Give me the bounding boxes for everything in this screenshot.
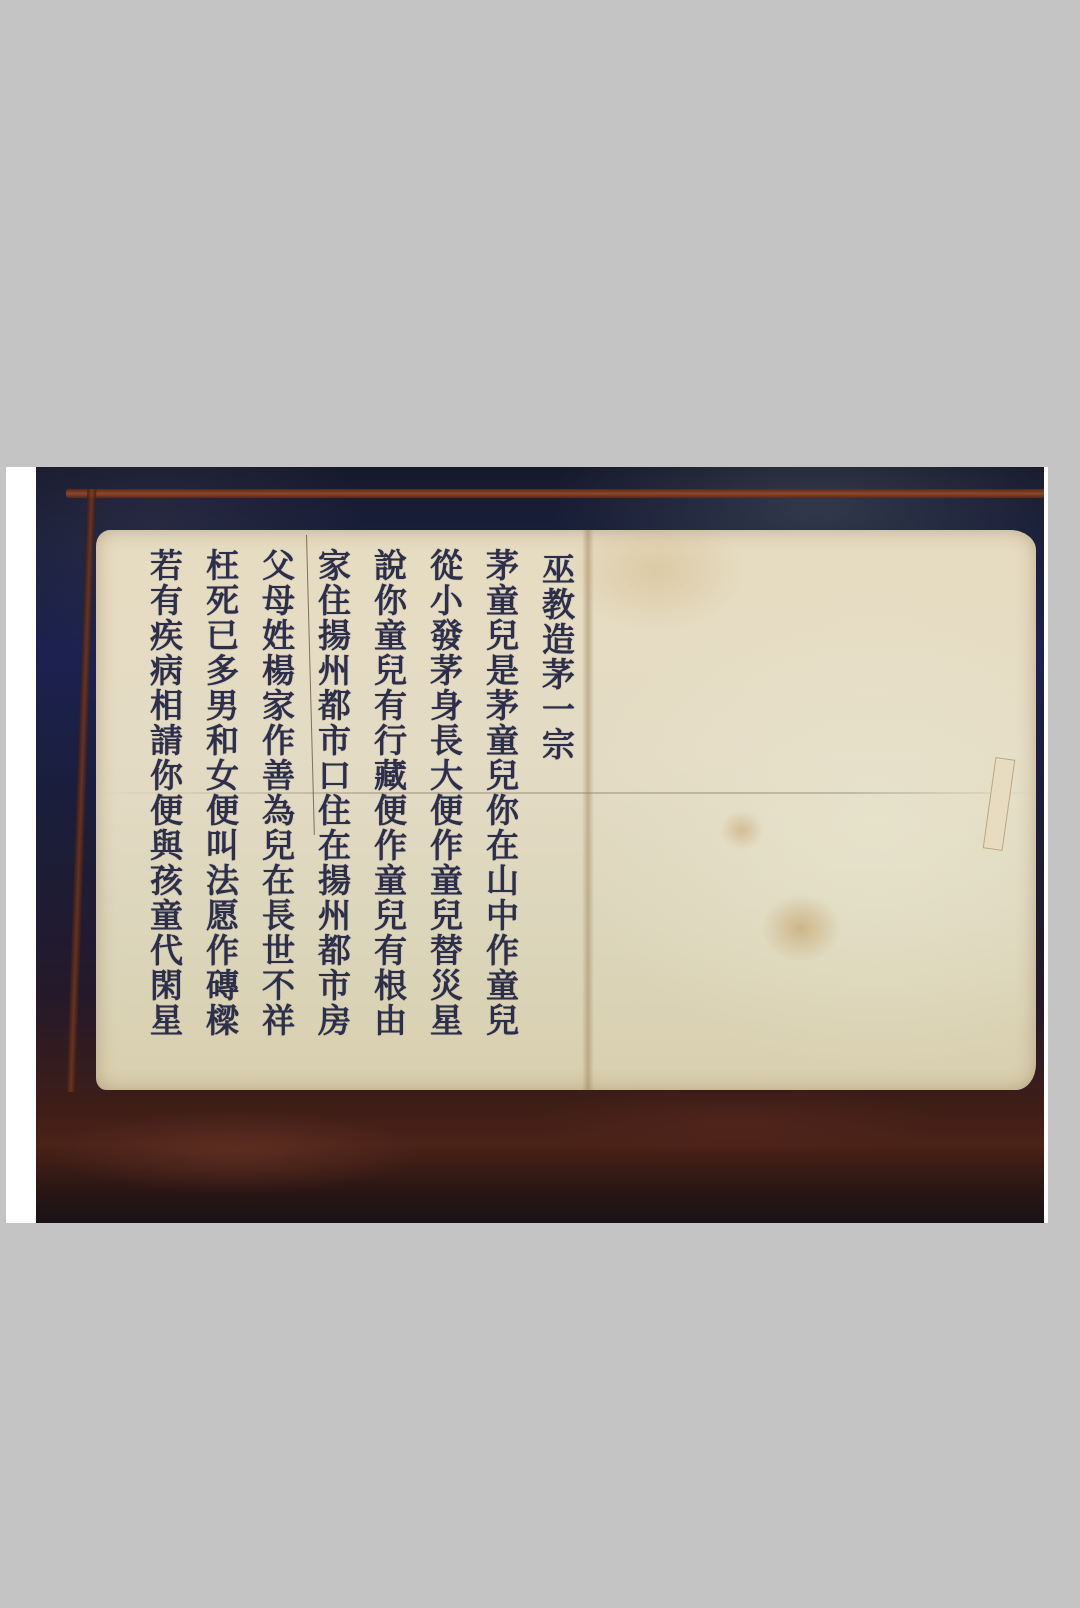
manuscript-column: 枉死已多男和女便叫法愿作磚樑 xyxy=(192,548,248,1068)
manuscript-column: 父母姓楊家作善為兒在長世不祥 xyxy=(248,548,304,1068)
text-columns: 巫教造茅一宗 茅童兒是茅童兒你在山中作童兒 從小發茅身長大便作童兒替災星 說你童… xyxy=(136,548,584,1068)
manuscript-column: 茅童兒是茅童兒你在山中作童兒 xyxy=(472,548,528,1068)
manuscript-title-column: 巫教造茅一宗 xyxy=(528,548,584,1068)
manuscript-column: 若有疾病相請你便與孩童代閑星 xyxy=(136,548,192,1068)
manuscript-column: 家住揚州都市口住在揚州都市房 xyxy=(304,548,360,1068)
manuscript-column: 從小發茅身長大便作童兒替災星 xyxy=(416,548,472,1068)
tray-rim-top xyxy=(66,489,1044,498)
tray-rim-left xyxy=(65,489,97,1139)
manuscript-column: 說你童兒有行藏便作童兒有根由 xyxy=(360,548,416,1068)
manuscript-photo: 巫教造茅一宗 茅童兒是茅童兒你在山中作童兒 從小發茅身長大便作童兒替災星 說你童… xyxy=(36,467,1044,1223)
tray-bottom xyxy=(36,1092,1044,1223)
paper-tab-strip xyxy=(983,757,1016,851)
manuscript-paper: 巫教造茅一宗 茅童兒是茅童兒你在山中作童兒 從小發茅身長大便作童兒替災星 說你童… xyxy=(96,530,1036,1090)
